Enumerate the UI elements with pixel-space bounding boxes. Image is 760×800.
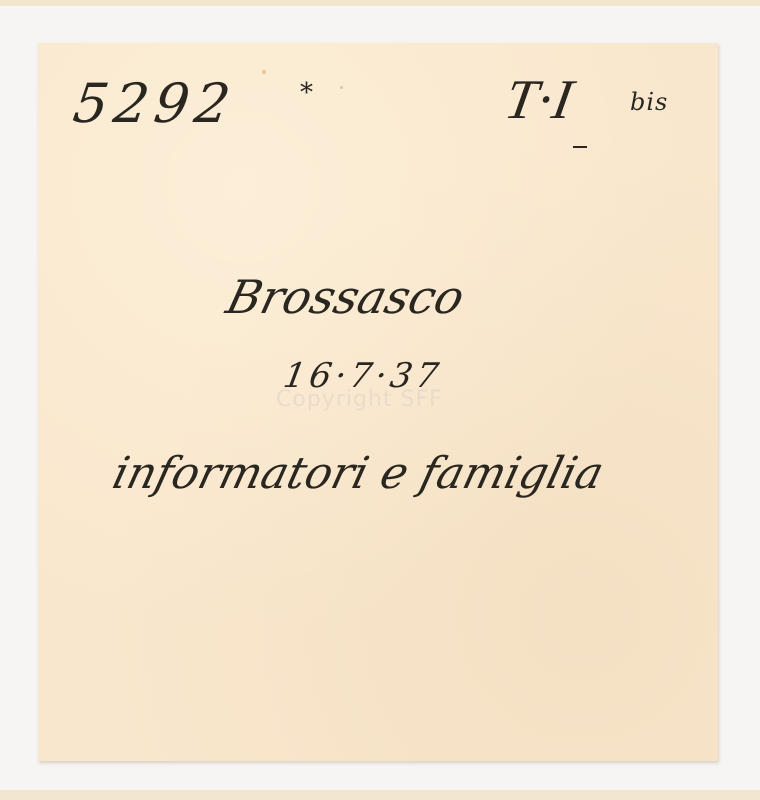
series-label: T·I	[500, 68, 578, 132]
place-name: Brossasco	[221, 270, 470, 324]
paper-speck	[262, 70, 266, 74]
bottom-edge-strip	[0, 790, 760, 800]
catalog-number: 5292	[70, 72, 240, 135]
copyright-watermark: Copyright SFF	[276, 387, 443, 412]
note-text: informatori e famiglia	[108, 448, 609, 499]
series-underline	[573, 146, 587, 148]
top-edge-strip	[0, 0, 760, 6]
paper-speck	[340, 86, 343, 89]
catalog-mark: *	[300, 78, 314, 108]
series-suffix: bis	[630, 88, 668, 116]
